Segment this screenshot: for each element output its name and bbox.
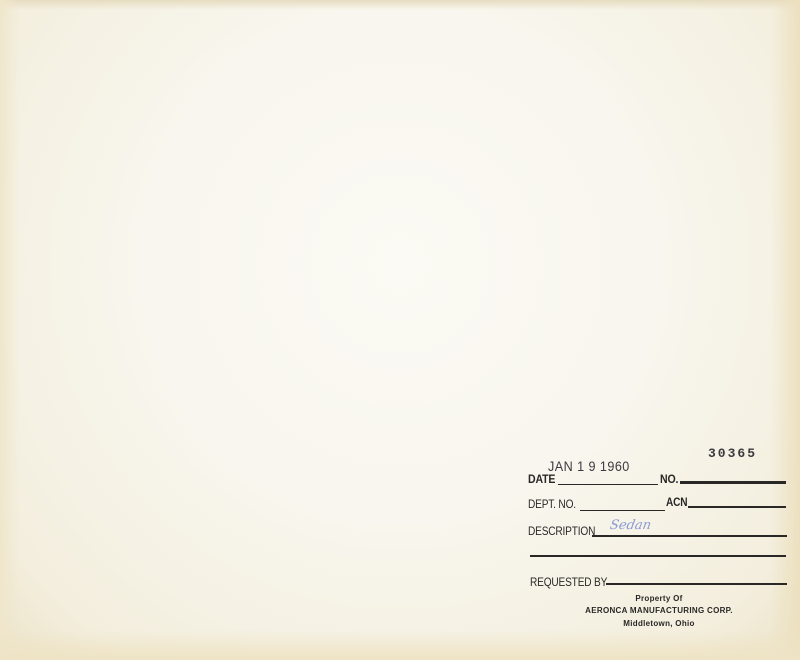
no-label: NO. (660, 472, 678, 486)
dept-no-label: DEPT. NO. (528, 499, 576, 511)
footer-property-of: Property Of (528, 594, 790, 603)
date-label: DATE (528, 472, 555, 486)
requested-by-line (606, 583, 787, 585)
acn-line (688, 506, 786, 508)
paper-edge-left (0, 0, 20, 660)
description-line (592, 535, 787, 537)
archive-stamp: 30365 DATE JAN 1 9 1960 NO. DEPT. NO. AC… (528, 440, 790, 640)
date-line (558, 484, 658, 485)
description-value: Sedan (609, 518, 653, 533)
no-line (680, 481, 786, 484)
date-value: JAN 1 9 1960 (548, 458, 630, 474)
paper-edge-top (0, 0, 800, 10)
serial-number: 30365 (708, 446, 757, 461)
footer-location: Middletown, Ohio (528, 619, 790, 628)
dept-no-line (580, 510, 665, 511)
footer-company: AERONCA MANUFACTURING CORP. (528, 606, 790, 615)
acn-label: ACN (666, 497, 687, 509)
blank-line (530, 555, 786, 557)
description-label: DESCRIPTION (528, 526, 595, 538)
requested-by-label: REQUESTED BY (530, 577, 607, 589)
